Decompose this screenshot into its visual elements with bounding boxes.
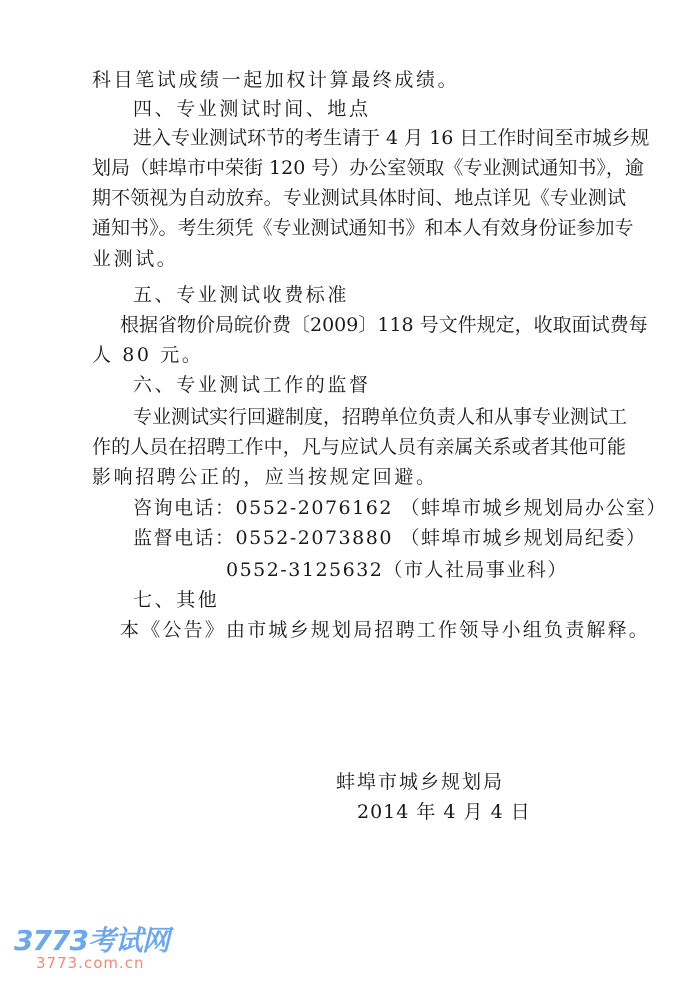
section-heading-5: 五、专业测试收费标准 <box>133 280 673 310</box>
consult-phone-line: 咨询电话：0552-2076162 （蚌埠市城乡规划局办公室） <box>133 493 673 523</box>
consult-phone: 0552-2076162 <box>236 497 393 519</box>
paragraph-line: 人 80 元。 <box>92 340 632 370</box>
document-page: 科目笔试成绩一起加权计算最终成绩。 四、专业测试时间、地点 进入专业测试环节的考… <box>0 0 700 990</box>
paragraph-line: 本《公告》由市城乡规划局招聘工作领导小组负责解释。 <box>120 615 660 645</box>
paragraph-line: 期不领视为自动放弃。专业测试具体时间、地点详见《专业测试 <box>92 183 626 213</box>
supervise-org-2: （市人社局事业科） <box>383 559 568 581</box>
paragraph-line: 业测试。 <box>92 244 632 274</box>
paragraph-line: 根据省物价局皖价费〔2009〕118 号文件规定，收取面试费每 <box>120 310 626 340</box>
site-watermark-logo: 3773考试网 3773.com.cn <box>14 926 174 976</box>
section-heading-6: 六、专业测试工作的监督 <box>133 370 673 400</box>
signature-org: 蚌埠市城乡规划局 <box>336 767 504 797</box>
watermark-main-text: 3773考试网 <box>14 926 169 956</box>
paragraph-line: 划局（蚌埠市中荣街 120 号）办公室领取《专业测试通知书》，逾 <box>92 153 626 183</box>
consult-label: 咨询电话： <box>133 497 236 519</box>
supervise-phone-2: 0552-3125632 <box>226 559 383 581</box>
paragraph-line: 专业测试实行回避制度，招聘单位负责人和从事专业测试工 <box>133 402 626 432</box>
paragraph-line: 作的人员在招聘工作中，凡与应试人员有亲属关系或者其他可能 <box>92 432 626 462</box>
consult-org: （蚌埠市城乡规划局办公室） <box>400 497 667 519</box>
signature-date: 2014 年 4 月 4 日 <box>357 797 531 827</box>
paragraph-line: 影响招聘公正的，应当按规定回避。 <box>92 462 632 492</box>
section-heading-4: 四、专业测试时间、地点 <box>133 94 673 124</box>
supervise-phone-line-2: 0552-3125632（市人社局事业科） <box>226 555 700 585</box>
paragraph-line: 进入专业测试环节的考生请于 4 月 16 日工作时间至市城乡规 <box>133 123 626 153</box>
watermark-sub-text: 3773.com.cn <box>36 954 145 972</box>
supervise-phone: 0552-2073880 <box>236 527 393 549</box>
supervise-phone-line: 监督电话：0552-2073880 （蚌埠市城乡规划局纪委） <box>133 523 673 553</box>
paragraph-line: 通知书》。考生须凭《专业测试通知书》和本人有效身份证参加专 <box>92 213 626 243</box>
supervise-org: （蚌埠市城乡规划局纪委） <box>400 527 646 549</box>
section-heading-7: 七、其他 <box>133 585 673 615</box>
paragraph-line: 科目笔试成绩一起加权计算最终成绩。 <box>92 65 632 95</box>
supervise-label: 监督电话： <box>133 527 236 549</box>
